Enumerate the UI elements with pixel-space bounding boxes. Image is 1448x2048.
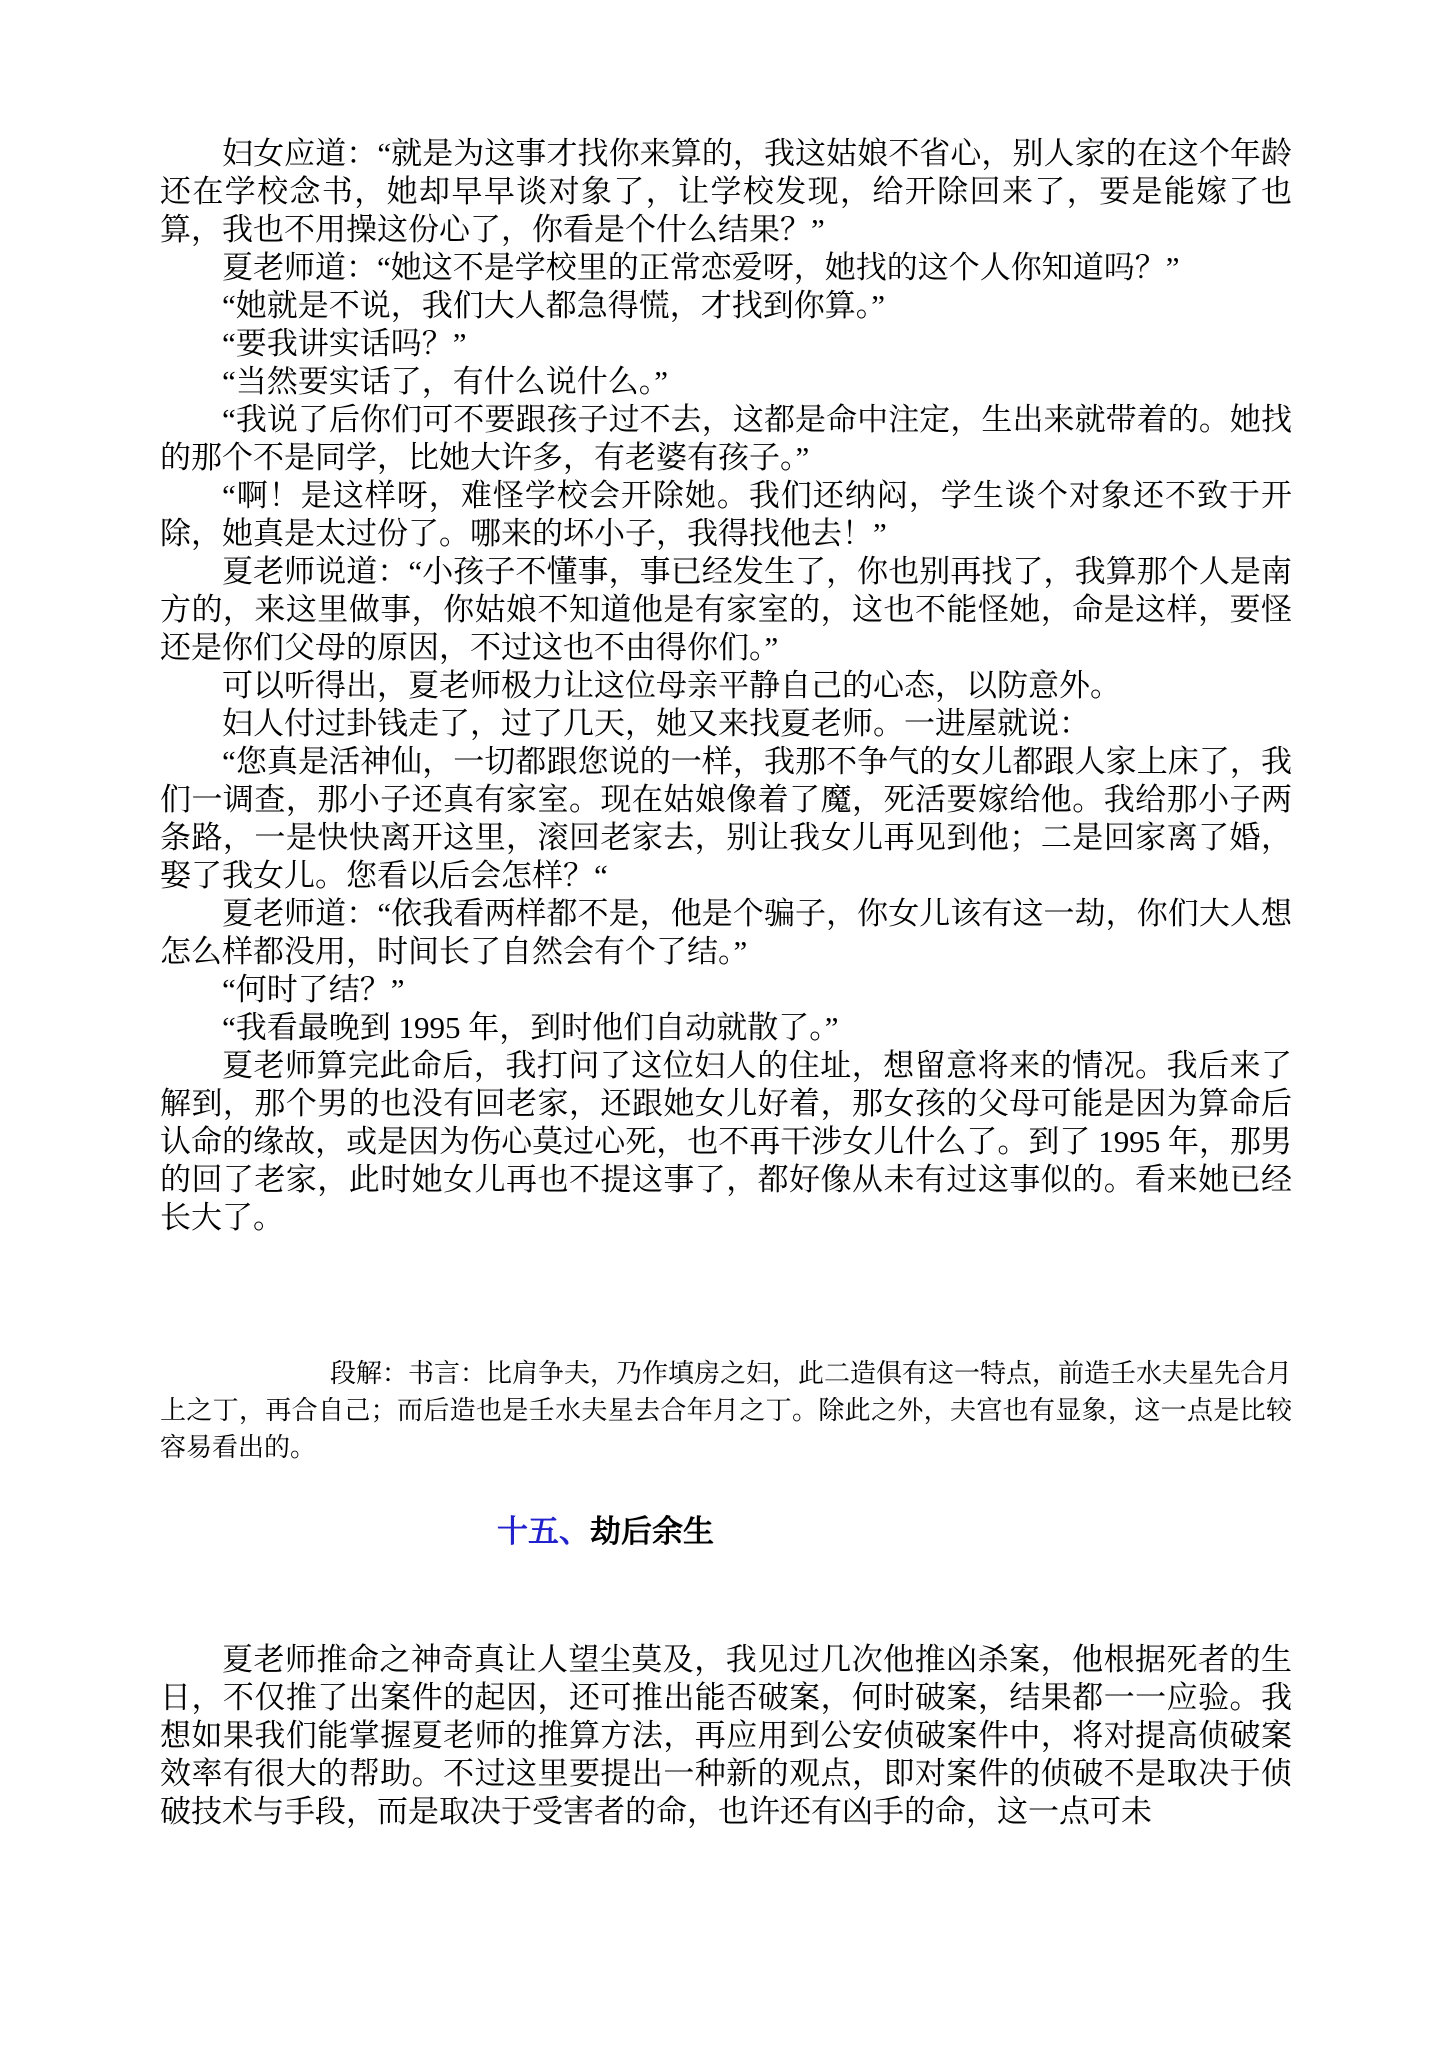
story-paragraph: 夏老师说道：“小孩子不懂事，事已经发生了，你也别再找了，我算那个人是南方的，来这… xyxy=(160,553,1292,667)
story-paragraph: “我看最晚到 1995 年，到时他们自动就散了。” xyxy=(160,1009,1292,1047)
story-paragraph: “我说了后你们可不要跟孩子过不去，这都是命中注定，生出来就带着的。她找的那个不是… xyxy=(160,401,1292,477)
story-paragraph: “您真是活神仙，一切都跟您说的一样，我那不争气的女儿都跟人家上床了，我们一调查，… xyxy=(160,743,1292,895)
story-paragraph: 可以听得出，夏老师极力让这位母亲平静自己的心态，以防意外。 xyxy=(160,667,1292,705)
document-page: 妇女应道：“就是为这事才找你来算的，我这姑娘不省心，别人家的在这个年龄还在学校念… xyxy=(0,0,1448,2048)
story-paragraph: “当然要实话了，有什么说什么。” xyxy=(160,363,1292,401)
story-paragraph: “啊！是这样呀，难怪学校会开除她。我们还纳闷，学生谈个对象还不致于开除，她真是太… xyxy=(160,477,1292,553)
next-section: 夏老师推命之神奇真让人望尘莫及，我见过几次他推凶杀案，他根据死者的生日，不仅推了… xyxy=(160,1641,1292,1831)
story-paragraph: 夏老师道：“依我看两样都不是，他是个骗子，你女儿该有这一劫，你们大人想怎么样都没… xyxy=(160,895,1292,971)
story-paragraph: 夏老师道：“她这不是学校里的正常恋爱呀，她找的这个人你知道吗？” xyxy=(160,249,1292,287)
story-paragraph: 妇女应道：“就是为这事才找你来算的，我这姑娘不省心，别人家的在这个年龄还在学校念… xyxy=(160,135,1292,249)
section-paragraph: 夏老师推命之神奇真让人望尘莫及，我见过几次他推凶杀案，他根据死者的生日，不仅推了… xyxy=(160,1641,1292,1831)
annotation-paragraph: 段解：书言：比肩争夫，乃作填房之妇，此二造俱有这一特点，前造壬水夫星先合月上之丁… xyxy=(160,1355,1292,1466)
story-paragraph: 夏老师算完此命后，我打问了这位妇人的住址，想留意将来的情况。我后来了解到，那个男… xyxy=(160,1047,1292,1237)
section-heading-number: 十五、 xyxy=(497,1514,590,1549)
story-paragraph: “她就是不说，我们大人都急得慌，才找到你算。” xyxy=(160,287,1292,325)
section-heading: 十五、劫后余生 xyxy=(497,1511,1292,1553)
story-paragraph: “何时了结？” xyxy=(160,971,1292,1009)
story-paragraph: “要我讲实话吗？” xyxy=(160,325,1292,363)
section-heading-title: 劫后余生 xyxy=(590,1514,714,1549)
story-paragraph: 妇人付过卦钱走了，过了几天，她又来找夏老师。一进屋就说： xyxy=(160,705,1292,743)
